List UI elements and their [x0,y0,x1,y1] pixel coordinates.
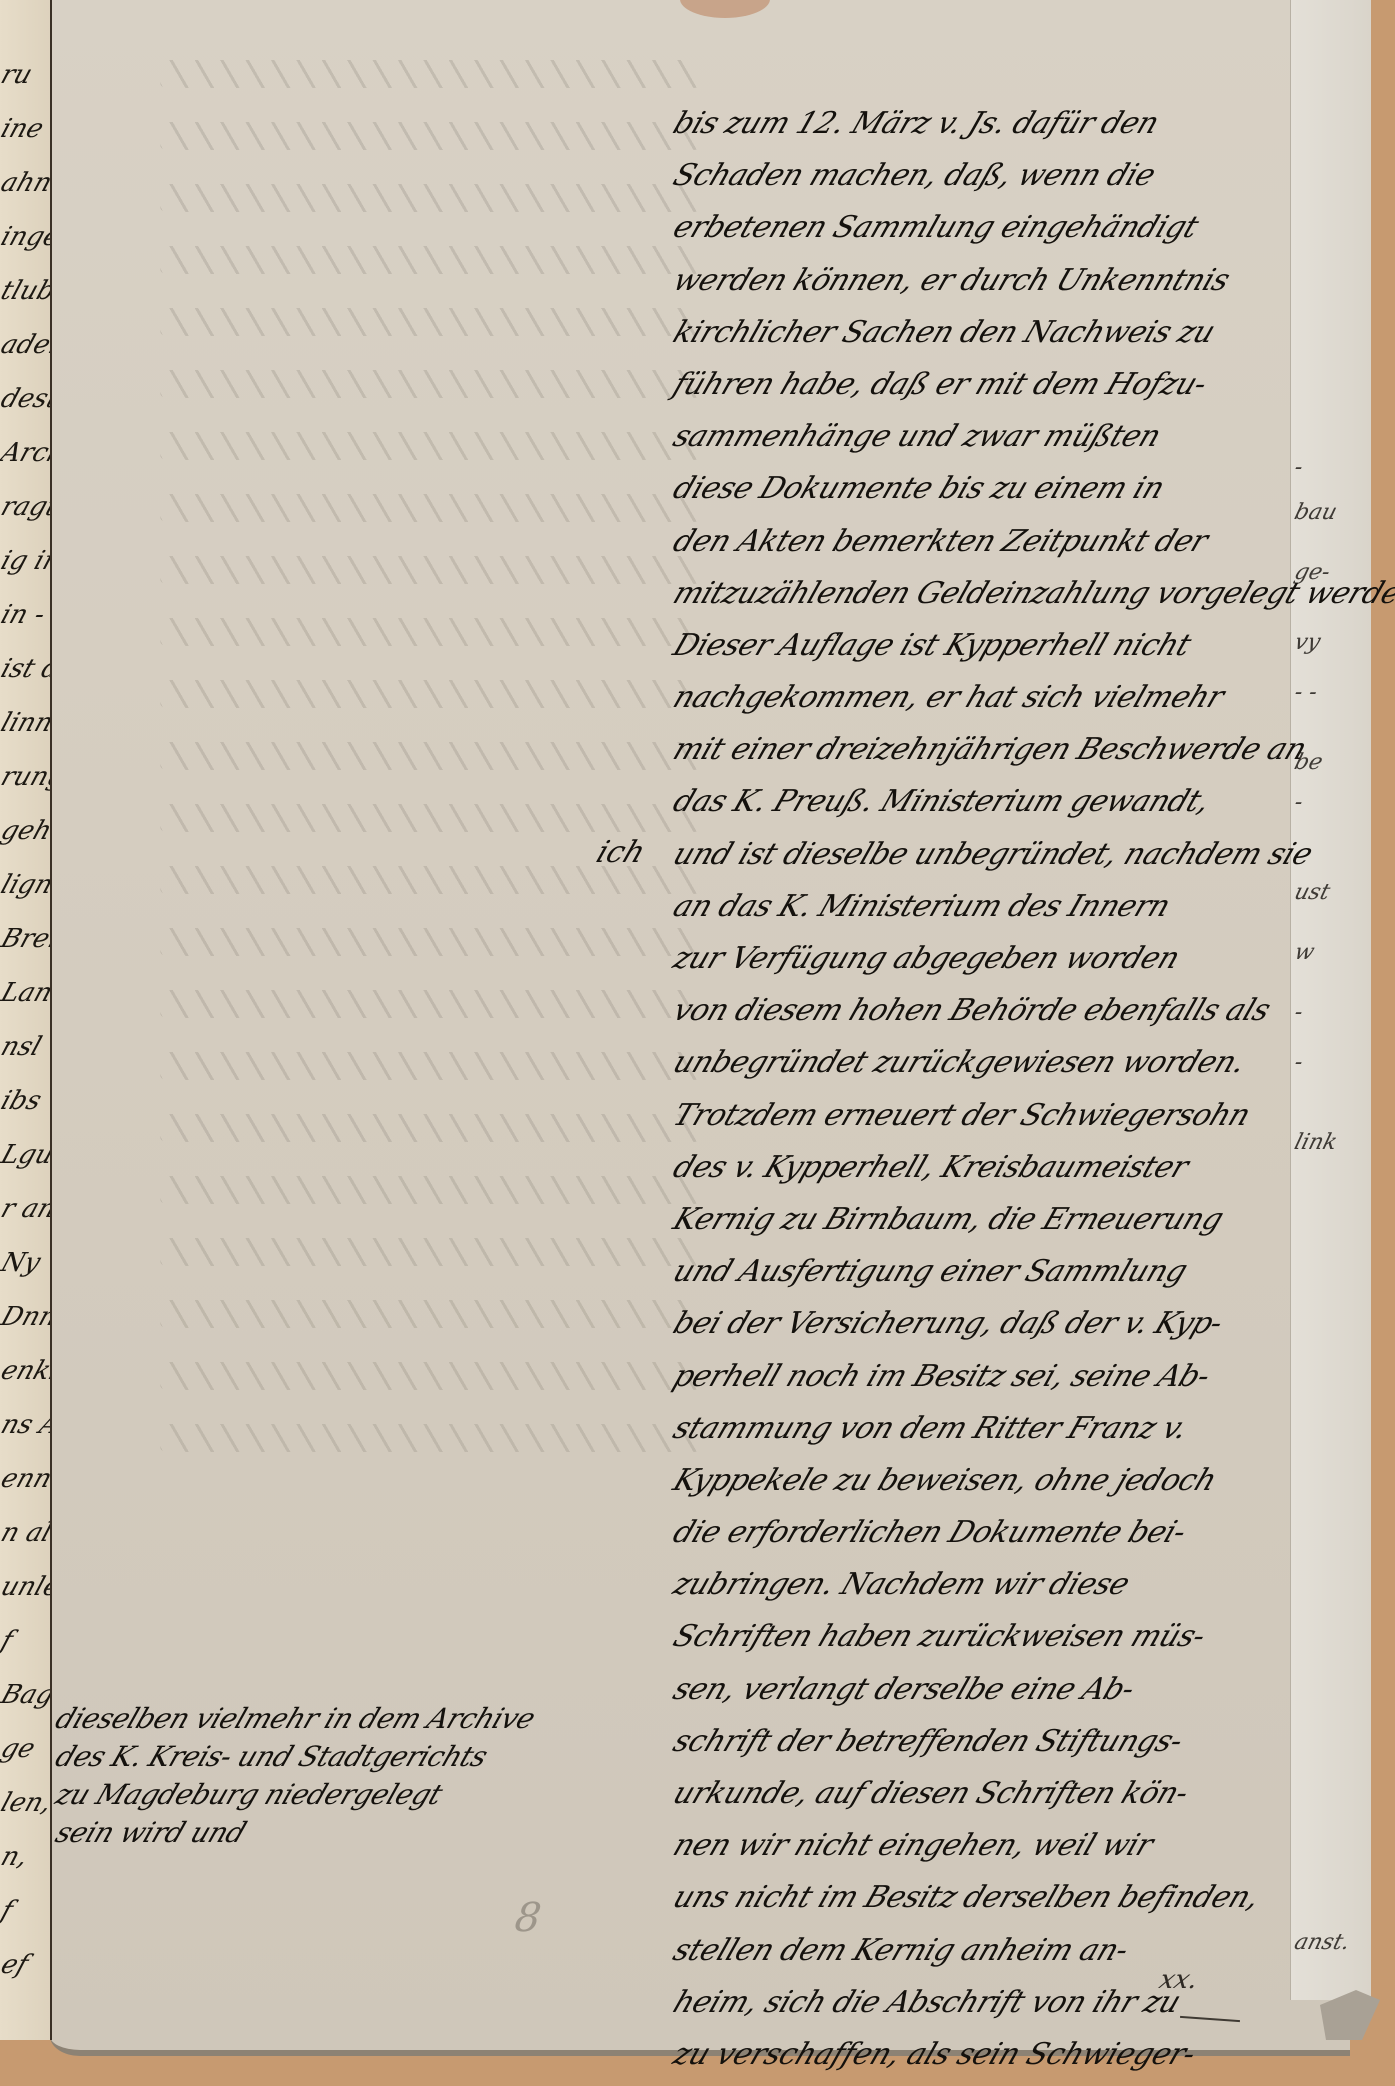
text-line: von diesem hohen Behörde ebenfalls als [665,985,1354,1037]
left-page-fragment: ine [0,114,47,144]
footnote-line: des K. Kreis- und Stadtgerichts [50,1738,624,1776]
left-page-fragment: ahn [0,168,52,198]
text-line: den Akten bemerkten Zeitpunkt der [665,516,1354,568]
text-line: perhell noch im Besitz sei, seine Ab- [665,1351,1354,1403]
left-page-fragment: Bag [0,1680,52,1710]
left-page-fragment: Arche [0,438,52,468]
text-line: heim, sich die Abschrift von ihr zu [665,1977,1354,2029]
left-page-fragment: len, [0,1788,52,1818]
text-line: erbetenen Sammlung eingehändigt [665,202,1354,254]
main-text-block: bis zum 12. März v. Js. dafür denSchaden… [665,98,1335,2081]
text-line: die erforderlichen Dokumente bei- [665,1507,1354,1559]
left-page-fragment: f [0,1896,16,1926]
adjacent-page-edge: ruineahningentlubaderdestArcheragtig ini… [0,0,52,2040]
left-page-fragment: Ny [0,1248,44,1278]
left-page-fragment: Dnn [0,1302,52,1332]
text-line: sammenhänge und zwar müßten [665,411,1354,463]
left-page-fragment: n, [0,1842,32,1872]
left-page-fragment: ist d [0,654,52,684]
footnote-insertion: dieselben vielmehr in dem Archivedes K. … [50,1700,610,1852]
left-page-fragment: f [0,1626,16,1656]
text-line: bis zum 12. März v. Js. dafür den [665,98,1354,150]
bleed-through-text [160,60,700,1560]
text-line: stellen dem Kernig anheim an- [665,1925,1354,1977]
text-line: das K. Preuß. Ministerium gewandt, [665,776,1354,828]
footnote-line: sein wird und [50,1814,624,1852]
text-line: Schaden machen, daß, wenn die [665,150,1354,202]
text-line: urkunde, auf diesen Schriften kön- [665,1768,1354,1820]
left-page-fragment: ns Ab [0,1410,52,1440]
text-line: Schriften haben zurückweisen müs- [665,1611,1354,1663]
left-page-fragment: ibs [0,1086,45,1116]
text-line: diese Dokumente bis zu einem in [665,463,1354,515]
text-line: mitzuzählenden Geldeinzahlung vorgelegt … [665,568,1354,620]
left-page-fragment: linn [0,708,52,738]
left-page-fragment: nsl [0,1032,45,1062]
signoff-mark: xx. [1156,1965,1202,1995]
text-line: werden können, er durch Unkenntnis [665,255,1354,307]
footnote-line: dieselben vielmehr in dem Archive [50,1700,624,1738]
left-page-fragment: ru [0,60,36,90]
text-line: uns nicht im Besitz derselben befinden, [665,1872,1354,1924]
text-line: und ist dieselbe unbegründet, nachdem si… [665,829,1354,881]
text-line: nen wir nicht eingehen, weil wir [665,1820,1354,1872]
text-line: Kernig zu Birnbaum, die Erneuerung [665,1194,1354,1246]
text-line: schrift der betreffenden Stiftungs- [665,1716,1354,1768]
text-line: kirchlicher Sachen den Nachweis zu [665,307,1354,359]
left-page-fragment: in - [0,600,49,630]
text-line: und Ausfertigung einer Sammlung [665,1246,1354,1298]
text-line: des v. Kypperhell, Kreisbaumeister [665,1142,1354,1194]
left-page-fragment: enn [0,1464,52,1494]
text-line: sen, verlangt derselbe eine Ab- [665,1664,1354,1716]
text-line: nachgekommen, er hat sich vielmehr [665,672,1354,724]
text-line: zubringen. Nachdem wir diese [665,1559,1354,1611]
left-page-fragment: ligne [0,870,52,900]
left-page-fragment: n al [0,1518,52,1548]
text-line: Trotzdem erneuert der Schwiegersohn [665,1090,1354,1142]
text-line: stammung von dem Ritter Franz v. [665,1403,1354,1455]
text-line: zu verschaffen, als sein Schwieger- [665,2029,1354,2081]
left-page-fragment: rungl [0,762,52,792]
text-line: mit einer dreizehnjährigen Beschwerde an [665,724,1354,776]
text-line: unbegründet zurückgewiesen worden. [665,1037,1354,1089]
text-line: bei der Versicherung, daß der v. Kyp- [665,1298,1354,1350]
left-page-fragment: ig in [0,546,52,576]
left-page-fragment: gehe [0,816,52,846]
left-page-fragment: Lann [0,978,52,1008]
left-page-fragment: tlub [0,276,52,306]
text-line: Kyppekele zu beweisen, ohne jedoch [665,1455,1354,1507]
left-page-fragment: ragt [0,492,52,522]
left-page-fragment: ge [0,1734,39,1764]
left-page-fragment: ef [0,1950,32,1980]
left-page-fragment: ingen [0,222,52,252]
left-page-fragment: r ans [0,1194,52,1224]
left-page-fragment: enkh [0,1356,52,1386]
left-page-fragment: dest [0,384,52,414]
left-page-fragment: Lgu [0,1140,52,1170]
text-line: führen habe, daß er mit dem Hofzu- [665,359,1354,411]
text-line: zur Verfügung abgegeben worden [665,933,1354,985]
left-page-fragment: ader [0,330,52,360]
text-line: an das K. Ministerium des Innern [665,881,1354,933]
text-line: Dieser Auflage ist Kypperhell nicht [665,620,1354,672]
left-page-fragment: Brem [0,924,52,954]
left-page-fragment: unlen [0,1572,52,1602]
footnote-line: zu Magdeburg niedergelegt [50,1776,624,1814]
